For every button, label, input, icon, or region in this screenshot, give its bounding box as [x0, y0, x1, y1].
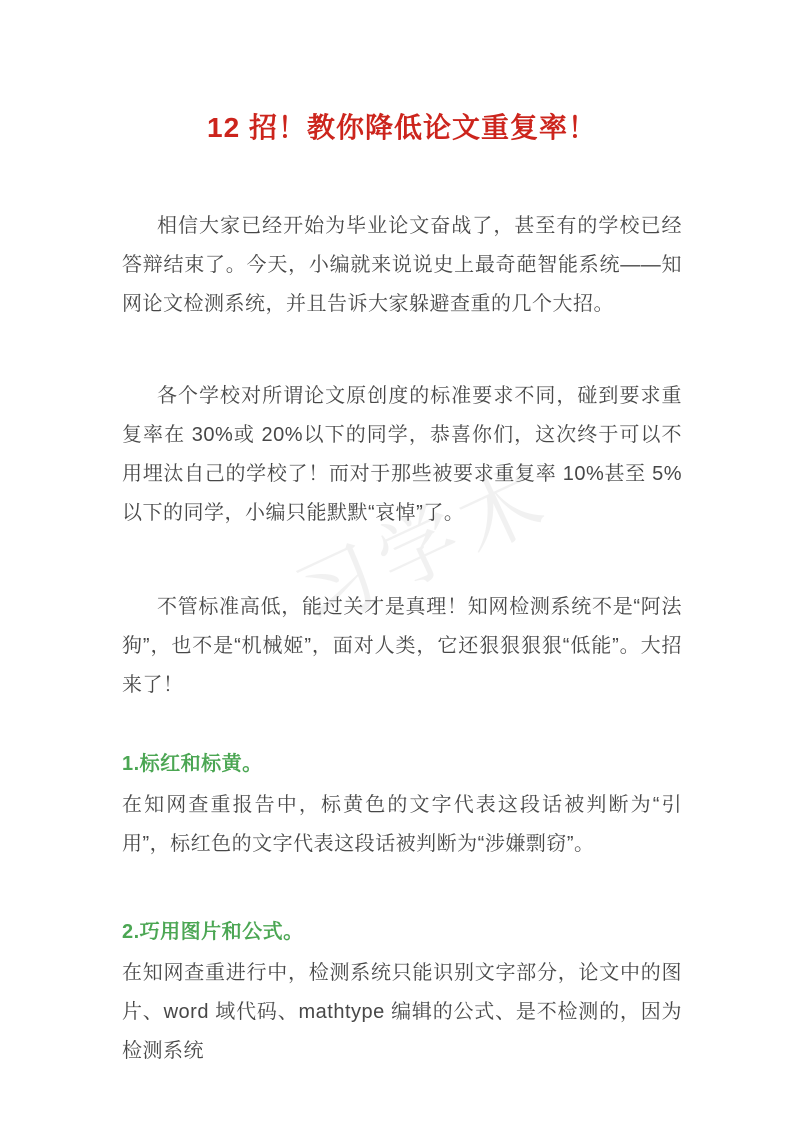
section-heading-1: 1.标红和标黄。 [122, 749, 682, 779]
section-body-2: 在知网查重进行中，检测系统只能识别文字部分，论文中的图片、word 域代码、ma… [122, 954, 682, 1071]
article-title: 12 招！教你降低论文重复率！ [122, 108, 682, 148]
intro-paragraph-1: 相信大家已经开始为毕业论文奋战了，甚至有的学校已经答辩结束了。今天，小编就来说说… [122, 207, 682, 324]
document-page: 习学术 12 招！教你降低论文重复率！ 相信大家已经开始为毕业论文奋战了，甚至有… [0, 0, 800, 1131]
section-heading-2: 2.巧用图片和公式。 [122, 917, 682, 947]
intro-paragraph-3: 不管标准高低，能过关才是真理！知网检测系统不是“阿法狗”，也不是“机械姬”，面对… [122, 588, 682, 705]
intro-paragraph-2: 各个学校对所谓论文原创度的标准要求不同，碰到要求重复率在 30%或 20%以下的… [122, 377, 682, 533]
section-body-1: 在知网查重报告中，标黄色的文字代表这段话被判断为“引用”，标红色的文字代表这段话… [122, 786, 682, 864]
